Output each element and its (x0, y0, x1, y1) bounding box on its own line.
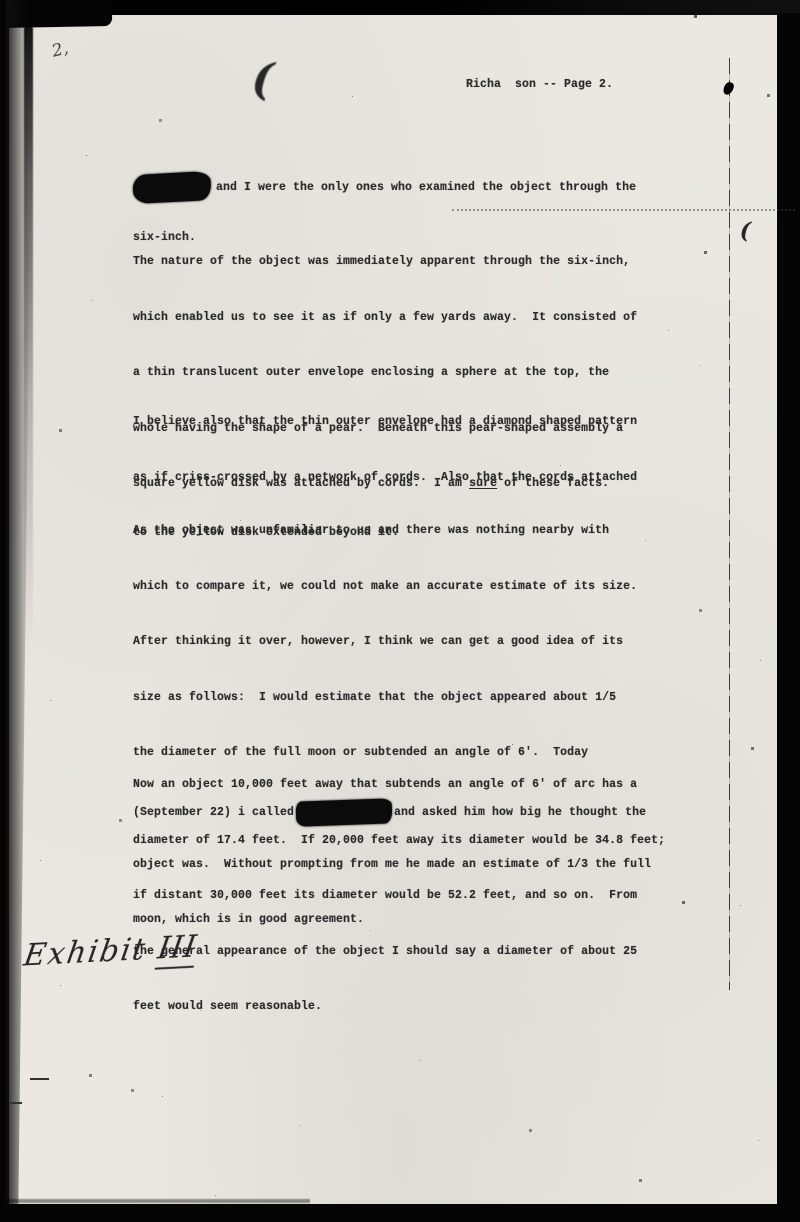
exhibit-word: Exhibit (21, 931, 161, 973)
text-segment: and I were the only ones who examined th… (216, 181, 636, 194)
scanned-document-page: 2, ( ( Richa son -- Page 2. and I were t… (0, 0, 800, 1222)
scan-edge-bottom (0, 1204, 800, 1222)
text-line: As the object was unfamiliar to us and t… (133, 522, 693, 552)
text-line: as if criss-crossed by a network of cord… (133, 469, 693, 499)
scan-gutter-streak (24, 26, 33, 646)
text-line: which enabled us to see it as if only a … (133, 309, 693, 339)
handwritten-paren-mark: ( (249, 53, 275, 106)
pen-dash (10, 1102, 22, 1104)
exhibit-numeral: III (155, 929, 200, 969)
scan-edge-right (777, 13, 800, 1222)
paragraph-5: Now an object 10,000 feet away that subt… (133, 750, 693, 1054)
scan-noise-specks (0, 0, 1, 1)
paper-fold-line (729, 58, 730, 990)
page-header: Richa son -- Page 2. (466, 78, 613, 91)
exhibit-annotation: Exhibit III (21, 929, 199, 973)
text-line: After thinking it over, however, I think… (133, 633, 693, 663)
text-line: feet would seem reasonable. (133, 998, 693, 1028)
text-line: I believe also that the thin outer envel… (133, 413, 693, 443)
text-line: which to compare it, we could not make a… (133, 578, 693, 608)
text-line: and I were the only ones who examined th… (133, 173, 693, 203)
scan-smudge (0, 1199, 310, 1203)
text-line: Now an object 10,000 feet away that subt… (133, 776, 693, 806)
text-line: diameter of 17.4 feet. If 20,000 feet aw… (133, 832, 693, 862)
handwritten-paren-mark-right: ( (739, 218, 752, 245)
text-line: the general appearance of the object I s… (133, 943, 693, 973)
redaction-bar (132, 171, 211, 204)
scan-edge-top (0, 0, 800, 15)
text-line: if distant 30,000 feet its diameter woul… (133, 887, 693, 917)
pen-dash (30, 1078, 49, 1080)
text-line: The nature of the object was immediately… (133, 253, 693, 283)
text-line: size as follows: I would estimate that t… (133, 689, 693, 719)
ink-blob (722, 81, 735, 96)
handwritten-scribble: 2, (50, 38, 71, 61)
